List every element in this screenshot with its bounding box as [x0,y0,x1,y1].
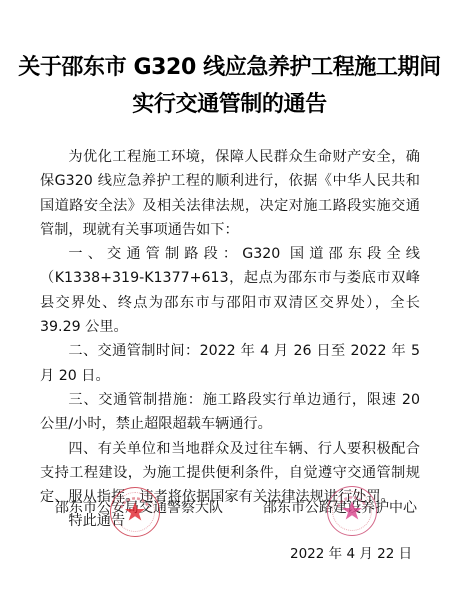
notice-document: 关于邵东市 G320 线应急养护工程施工期间 实行交通管制的通告 为优化工程施工… [0,0,459,614]
item-1-control-section: 一、交通管制路段：G320 国道邵东段全线（K1338+319-K1377+61… [40,242,420,339]
notice-date: 2022 年 4 月 22 日 [290,545,412,563]
item-3-control-measures: 三、交通管制措施：施工路段实行单边通行，限速 20 公里/小时，禁止超限超载车辆… [40,388,420,437]
notice-body: 为优化工程施工环境，保障人民群众生命财产安全，确保G320 线应急养护工程的顺利… [40,145,420,534]
notice-title-line-1: 关于邵东市 G320 线应急养护工程施工期间 [0,55,459,81]
item-2-control-time: 二、交通管制时间：2022 年 4 月 26 日至 2022 年 5 月 20 … [40,339,420,388]
notice-title-line-2: 实行交通管制的通告 [0,92,459,118]
red-star-seal-icon [327,486,377,536]
intro-paragraph: 为优化工程施工环境，保障人民群众生命财产安全，确保G320 线应急养护工程的顺利… [40,145,420,242]
red-star-seal-icon [110,487,160,537]
